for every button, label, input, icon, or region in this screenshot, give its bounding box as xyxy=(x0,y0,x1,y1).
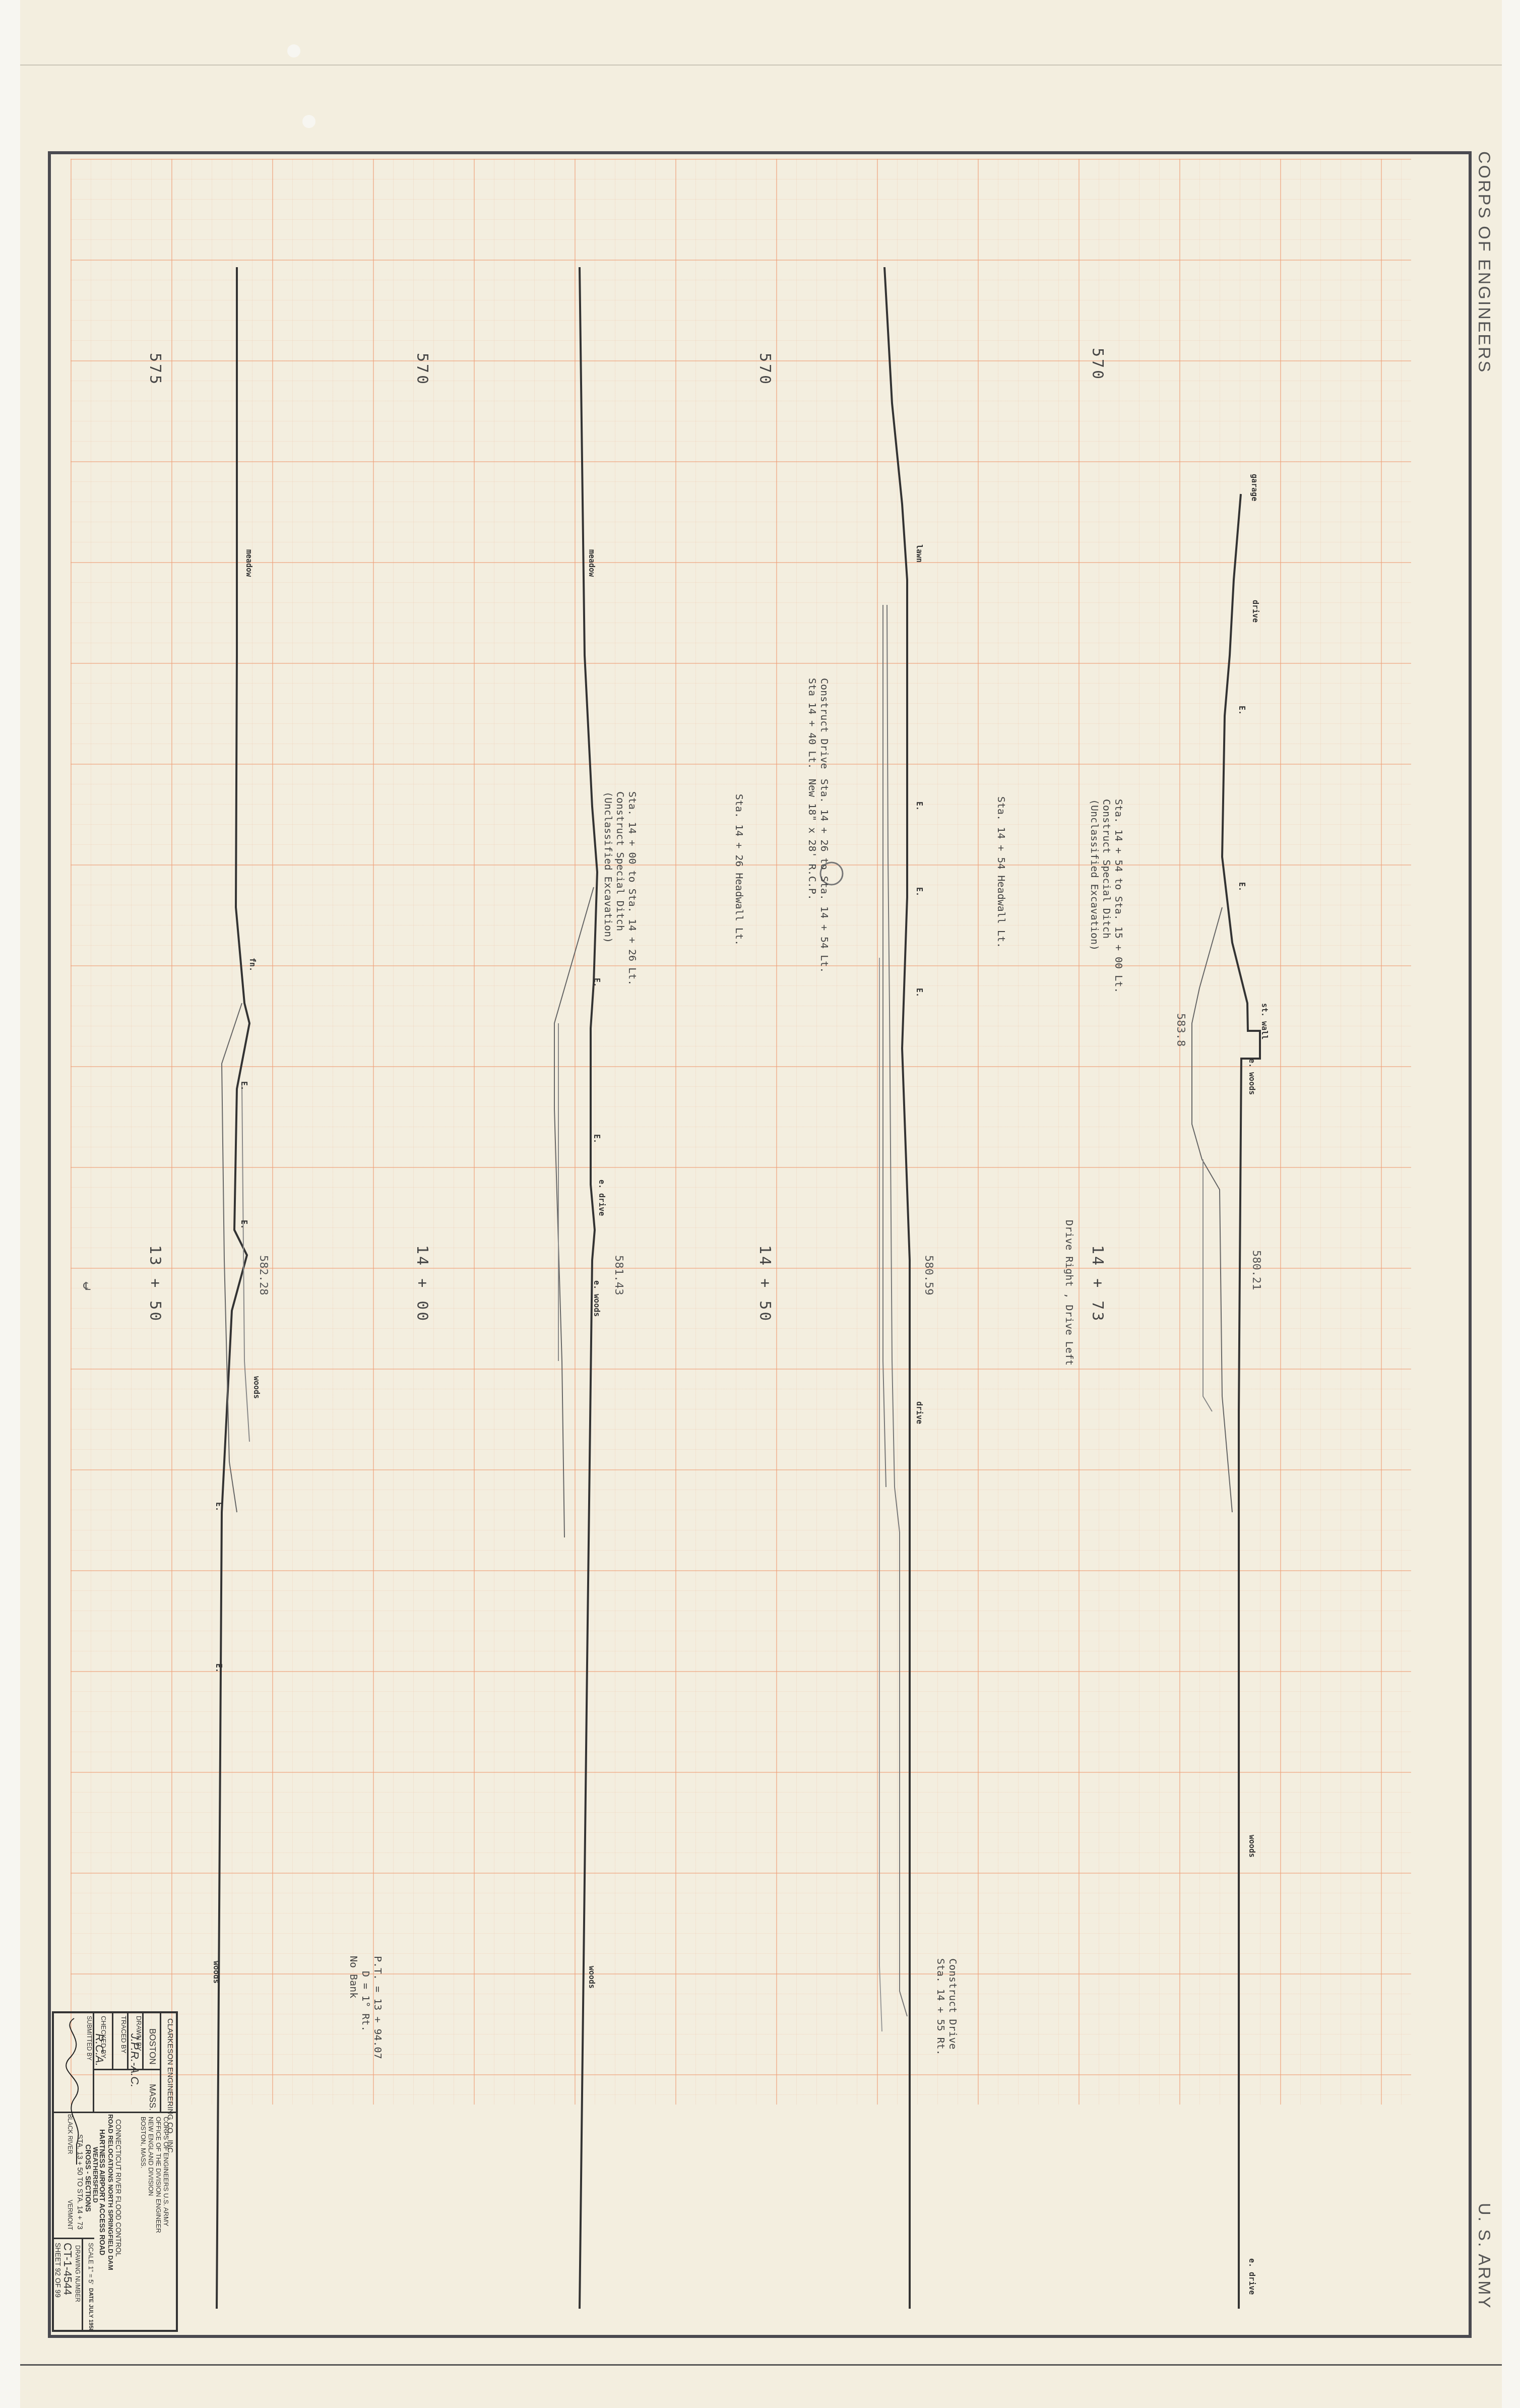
feature-label: E. xyxy=(915,887,924,896)
feature-label: garage xyxy=(1250,474,1259,501)
feature-label: fn. xyxy=(248,958,257,971)
title-block-divider xyxy=(54,2238,94,2239)
feature-label: E. xyxy=(214,1502,223,1511)
sheet-number: SHEET 92 OF 99 xyxy=(53,2243,63,2298)
ditch-note: Sta. 14 + 00 to Sta. 14 + 26 Lt. Constru… xyxy=(602,791,639,985)
drawn-by: J.P.R.-A.C. xyxy=(130,2033,140,2087)
elevation-label: 570 xyxy=(756,353,774,386)
feature-label: E. xyxy=(214,1663,223,1673)
feature-label: e. drive xyxy=(1247,2258,1256,2295)
construct-drive-right-note: Construct Drive Sta. 14 + 55 Rt. xyxy=(935,1958,959,2056)
firm-state: MASS. xyxy=(147,2084,157,2111)
traced-by-label: TRACED BY xyxy=(118,2016,129,2053)
curve-note: P.T. = 13 + 94.07 D = 1° Rt. No Bank xyxy=(348,1956,384,2059)
elevation-label: 575 xyxy=(146,353,164,386)
feature-label: woods xyxy=(252,1376,261,1399)
title-block-divider xyxy=(160,2013,161,2112)
station-label-13-50: 13 + 50 xyxy=(146,1245,164,1323)
checked-by: R.C.A. xyxy=(94,2033,104,2066)
station-label-14-73: 14 + 73 xyxy=(1089,1245,1106,1323)
feature-label: E. xyxy=(239,1081,248,1090)
title-block-divider xyxy=(94,2069,160,2070)
feature-label: meadow xyxy=(587,549,596,577)
subtitle5: STA. 13 + 50 TO STA. 14 + 73 xyxy=(75,2134,85,2230)
feature-label: drive xyxy=(1251,600,1260,623)
rcp-note: Sta. 14 + 26 to Sta. 14 + 54 Lt. New 18"… xyxy=(806,779,831,973)
headwall-note: Sta. 14 + 54 Headwall Lt. xyxy=(995,796,1007,948)
feature-label: lawn xyxy=(915,544,924,563)
feature-label: E. xyxy=(592,978,601,987)
subgrade-elevation: 583.8 xyxy=(1174,1013,1187,1046)
drawing-number-label: DRAWING NUMBER xyxy=(73,2245,83,2302)
feature-label: e. woods xyxy=(1247,1059,1256,1095)
section-14-50-profile xyxy=(879,267,910,2309)
drive-note: Drive Right , Drive Left xyxy=(1063,1220,1075,1366)
firm-city: BOSTON xyxy=(147,2028,157,2064)
feature-label: woods xyxy=(587,1966,596,1989)
feature-label: meadow xyxy=(244,549,254,577)
feature-label: e. woods xyxy=(592,1280,601,1317)
ditch-note: Sta. 14 + 54 to Sta. 15 + 00 Lt. Constru… xyxy=(1089,799,1125,993)
date: DATE JULY 1958 xyxy=(86,2288,96,2332)
centerline-elevation: 580.21 xyxy=(1250,1250,1262,1290)
centerline-elevation: 580.59 xyxy=(922,1255,935,1295)
title-block: CLARKESON ENGINEERING CO., INC. BOSTON M… xyxy=(52,2011,178,2332)
station-label-14-00: 14 + 00 xyxy=(413,1245,431,1323)
scale: SCALE 1" = 5' xyxy=(86,2243,96,2284)
feature-label: drive xyxy=(915,1401,924,1424)
headwall-note: Sta. 14 + 26 Headwall Lt. xyxy=(733,794,745,946)
feature-label: E. xyxy=(1237,706,1246,715)
section-14-73-profile xyxy=(1192,494,1260,2309)
title-block-divider xyxy=(112,2013,113,2069)
river: BLACK RIVER xyxy=(65,2114,75,2154)
elevation-label: 570 xyxy=(1089,348,1106,381)
station-label-14-50: 14 + 50 xyxy=(756,1245,774,1323)
feature-label: woods xyxy=(212,1961,221,1984)
feature-label: E. xyxy=(592,1134,601,1143)
agency: CORPS OF ENGINEERS U.S. ARMY OFFICE OF T… xyxy=(140,2117,170,2233)
elevation-label: 570 xyxy=(413,353,431,386)
state: VERMONT xyxy=(65,2200,75,2230)
centerline-elevation: 581.43 xyxy=(612,1255,625,1295)
feature-label: E. xyxy=(239,1220,248,1229)
feature-label: e. drive xyxy=(597,1180,606,1216)
feature-label: E. xyxy=(915,988,924,997)
centerline-symbol: ℄ xyxy=(81,1280,93,1293)
centerline-elevation: 582.28 xyxy=(257,1255,270,1295)
feature-label: E. xyxy=(1237,882,1246,891)
construct-drive-left-note: Construct Drive Sta 14 + 40 Lt. xyxy=(806,678,831,769)
feature-label: st. wall xyxy=(1260,1003,1269,1039)
drawing-number: CT-1-4544 xyxy=(61,2243,74,2295)
feature-label: woods xyxy=(1247,1835,1256,1858)
feature-label: E. xyxy=(915,801,924,811)
